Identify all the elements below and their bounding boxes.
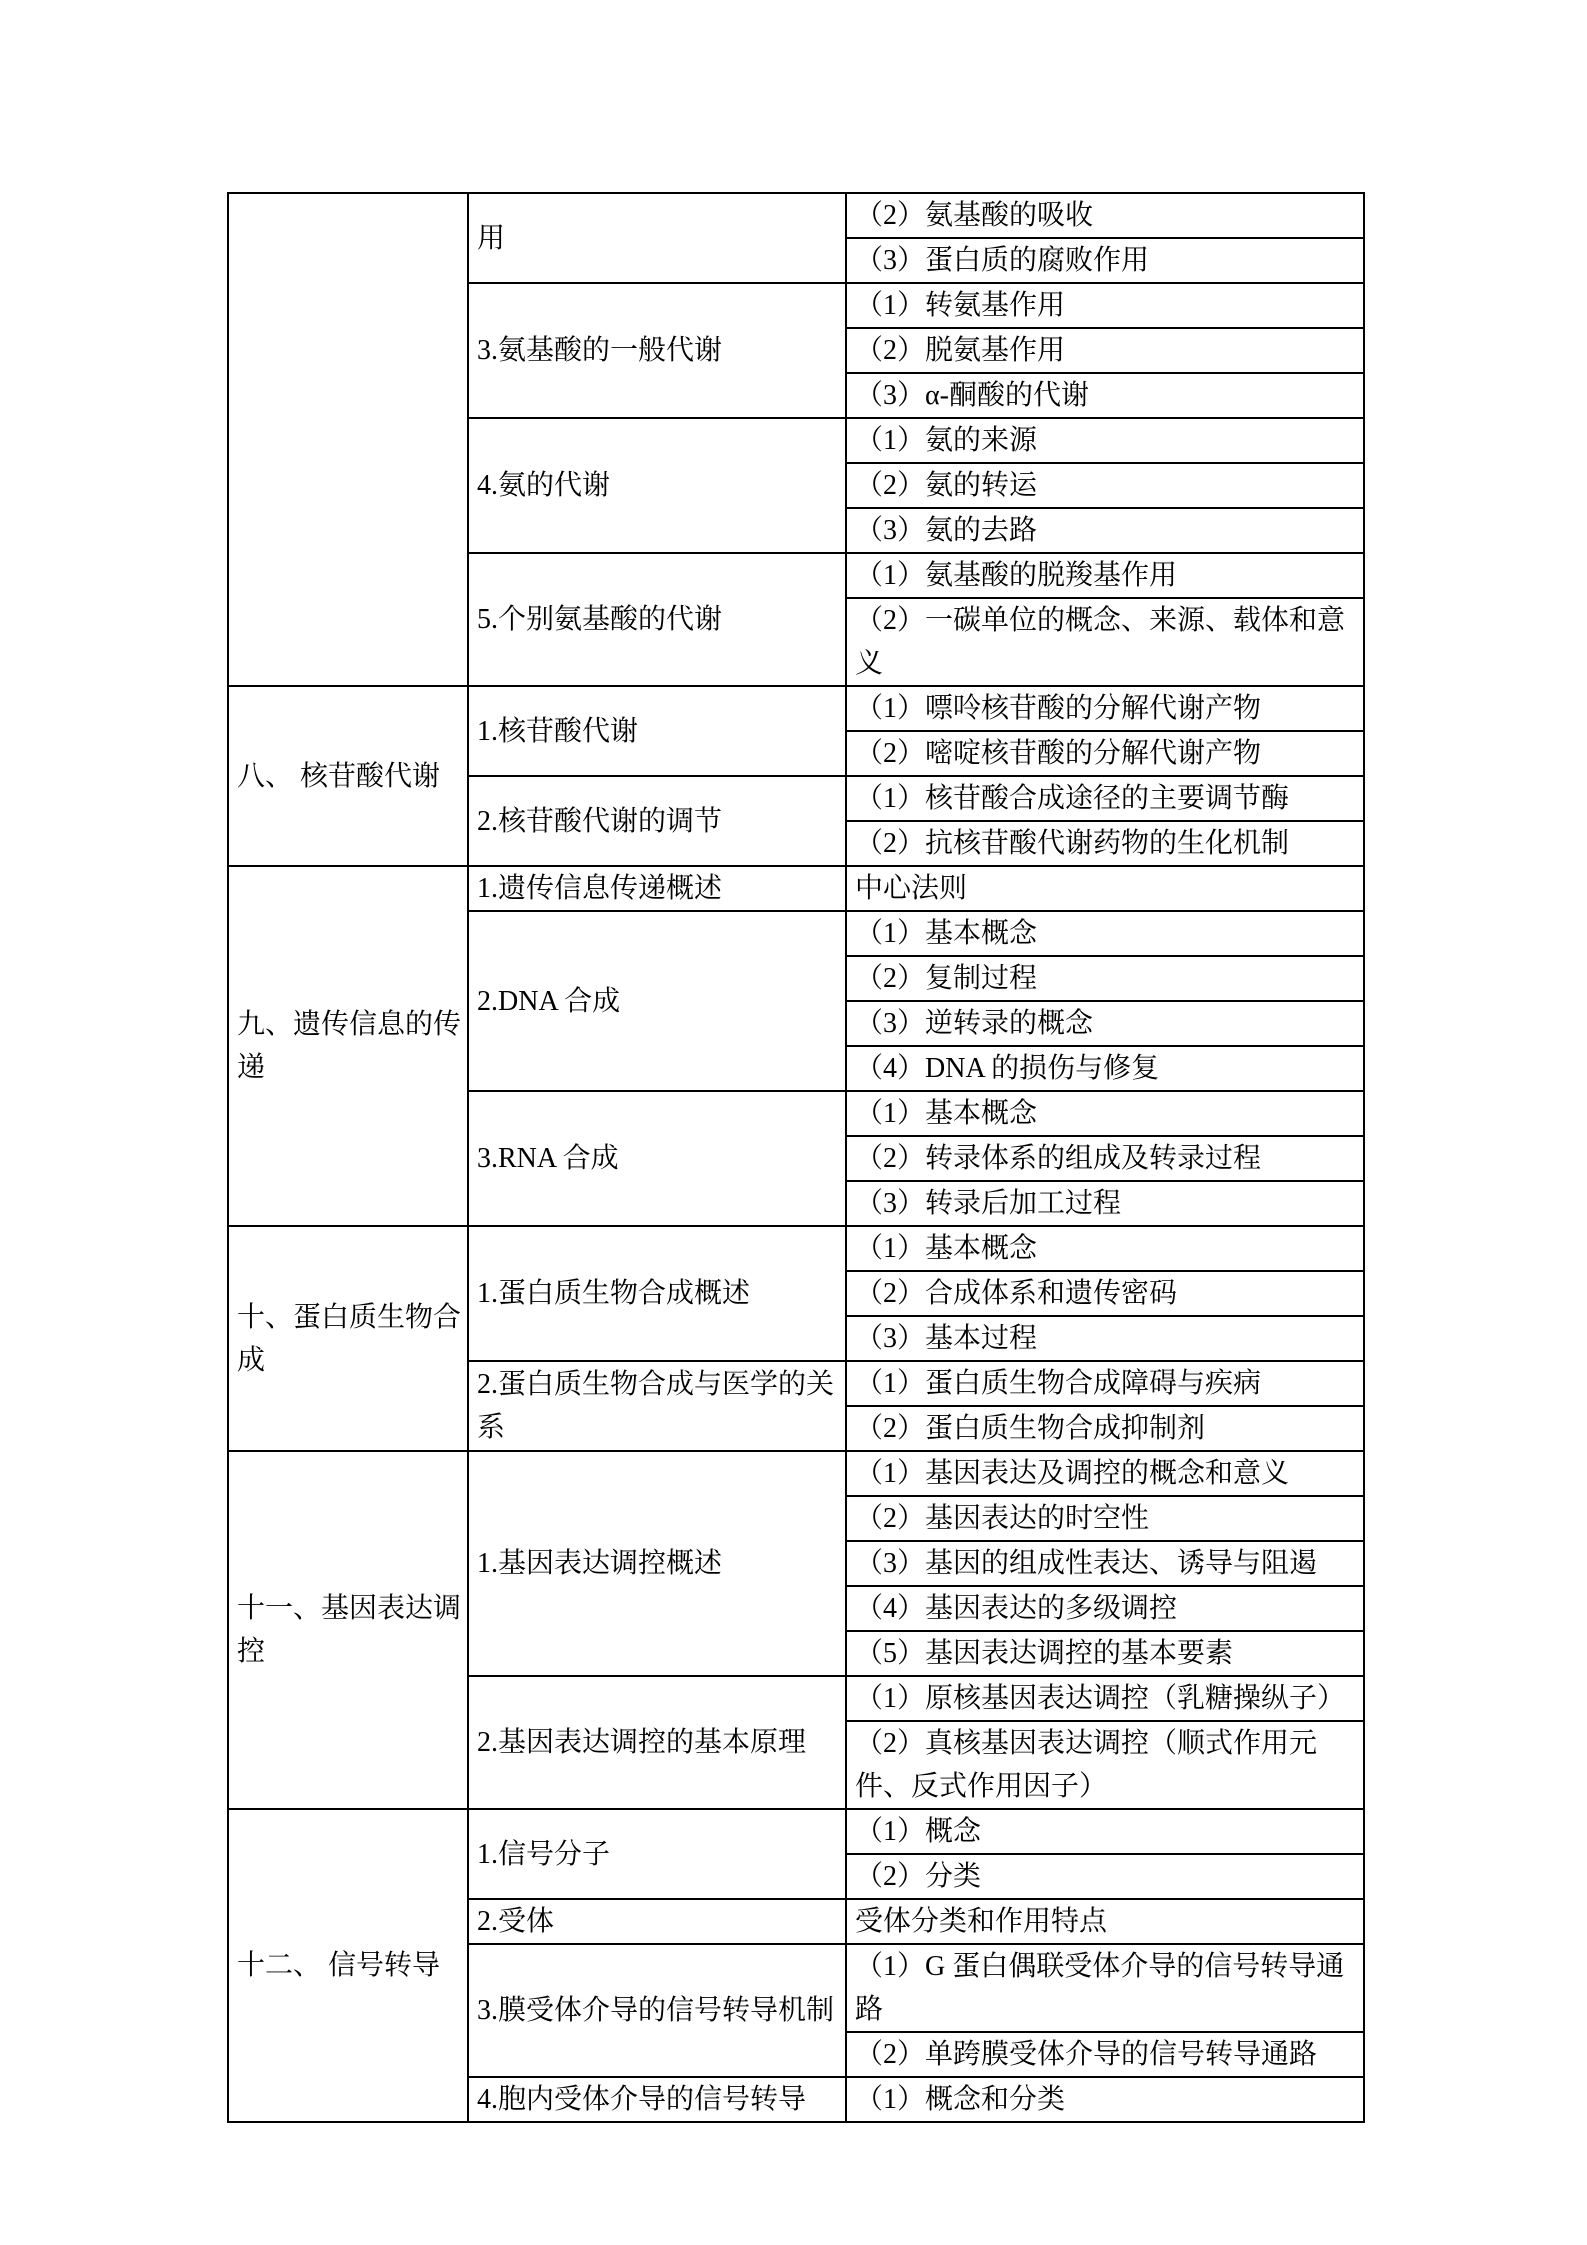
item-cell: （2）抗核苷酸代谢药物的生化机制 — [846, 821, 1364, 866]
section-label-cell: 十二、 信号转导 — [228, 1809, 468, 2122]
subsection-label-cell: 3.氨基酸的一般代谢 — [468, 283, 846, 418]
document-page: 用 （2）氨基酸的吸收 （3）蛋白质的腐败作用 3.氨基酸的一般代谢 （1）转氨… — [0, 0, 1587, 2245]
item-cell: （2）基因表达的时空性 — [846, 1496, 1364, 1541]
item-cell: （3）氨的去路 — [846, 508, 1364, 553]
item-cell: （4）DNA 的损伤与修复 — [846, 1046, 1364, 1091]
subsection-label-cell: 2.蛋白质生物合成与医学的关系 — [468, 1361, 846, 1451]
subsection-label-cell: 4.氨的代谢 — [468, 418, 846, 553]
item-cell: 中心法则 — [846, 866, 1364, 911]
table-row: 九、遗传信息的传递 1.遗传信息传递概述 中心法则 — [228, 866, 1364, 911]
item-cell: （1）氨的来源 — [846, 418, 1364, 463]
item-cell: （1）基本概念 — [846, 1226, 1364, 1271]
syllabus-table: 用 （2）氨基酸的吸收 （3）蛋白质的腐败作用 3.氨基酸的一般代谢 （1）转氨… — [227, 192, 1365, 2123]
item-cell: （3）α-酮酸的代谢 — [846, 373, 1364, 418]
item-cell: （2）真核基因表达调控（顺式作用元件、反式作用因子） — [846, 1721, 1364, 1809]
subsection-label-cell: 2.基因表达调控的基本原理 — [468, 1676, 846, 1809]
item-cell: （1）核苷酸合成途径的主要调节酶 — [846, 776, 1364, 821]
item-cell: （2）脱氨基作用 — [846, 328, 1364, 373]
item-cell: 受体分类和作用特点 — [846, 1899, 1364, 1944]
subsection-label-cell: 2.受体 — [468, 1899, 846, 1944]
item-cell: （2）合成体系和遗传密码 — [846, 1271, 1364, 1316]
item-cell: （1）转氨基作用 — [846, 283, 1364, 328]
item-cell: （1）原核基因表达调控（乳糖操纵子） — [846, 1676, 1364, 1721]
item-cell: （4）基因表达的多级调控 — [846, 1586, 1364, 1631]
section-label-cell: 十一、基因表达调控 — [228, 1451, 468, 1809]
item-cell: （1）氨基酸的脱羧基作用 — [846, 553, 1364, 598]
subsection-label-cell: 3.RNA 合成 — [468, 1091, 846, 1226]
item-cell: （1）基本概念 — [846, 911, 1364, 956]
subsection-label-cell: 1.蛋白质生物合成概述 — [468, 1226, 846, 1361]
item-cell: （1）基本概念 — [846, 1091, 1364, 1136]
section-label-cell: 八、 核苷酸代谢 — [228, 686, 468, 866]
item-cell: （2）氨基酸的吸收 — [846, 193, 1364, 238]
item-cell: （2）分类 — [846, 1854, 1364, 1899]
subsection-label-cell: 3.膜受体介导的信号转导机制 — [468, 1944, 846, 2077]
item-cell: （1）蛋白质生物合成障碍与疾病 — [846, 1361, 1364, 1406]
table-row: 十二、 信号转导 1.信号分子 （1）概念 — [228, 1809, 1364, 1854]
subsection-label-cell: 4.胞内受体介导的信号转导 — [468, 2077, 846, 2122]
item-cell: （3）基本过程 — [846, 1316, 1364, 1361]
subsection-label-cell: 用 — [468, 193, 846, 283]
section-label-cell: 九、遗传信息的传递 — [228, 866, 468, 1226]
item-cell: （1）G 蛋白偶联受体介导的信号转导通路 — [846, 1944, 1364, 2032]
table-row: 十一、基因表达调控 1.基因表达调控概述 （1）基因表达及调控的概念和意义 — [228, 1451, 1364, 1496]
item-cell: （3）基因的组成性表达、诱导与阻遏 — [846, 1541, 1364, 1586]
item-cell: （2）一碳单位的概念、来源、载体和意义 — [846, 598, 1364, 686]
item-cell: （1）概念 — [846, 1809, 1364, 1854]
item-cell: （1）嘌呤核苷酸的分解代谢产物 — [846, 686, 1364, 731]
item-cell: （2）氨的转运 — [846, 463, 1364, 508]
item-cell: （2）蛋白质生物合成抑制剂 — [846, 1406, 1364, 1451]
item-cell: （3）逆转录的概念 — [846, 1001, 1364, 1046]
item-cell: （3）蛋白质的腐败作用 — [846, 238, 1364, 283]
subsection-label-cell: 2.核苷酸代谢的调节 — [468, 776, 846, 866]
table-row: 八、 核苷酸代谢 1.核苷酸代谢 （1）嘌呤核苷酸的分解代谢产物 — [228, 686, 1364, 731]
item-cell: （2）单跨膜受体介导的信号转导通路 — [846, 2032, 1364, 2077]
item-cell: （5）基因表达调控的基本要素 — [846, 1631, 1364, 1676]
subsection-label-cell: 1.遗传信息传递概述 — [468, 866, 846, 911]
subsection-label-cell: 1.核苷酸代谢 — [468, 686, 846, 776]
item-cell: （2）转录体系的组成及转录过程 — [846, 1136, 1364, 1181]
section-label-cell: 十、蛋白质生物合成 — [228, 1226, 468, 1451]
section-label-cell — [228, 193, 468, 686]
table-row: 用 （2）氨基酸的吸收 — [228, 193, 1364, 238]
subsection-label-cell: 1.基因表达调控概述 — [468, 1451, 846, 1676]
subsection-label-cell: 2.DNA 合成 — [468, 911, 846, 1091]
item-cell: （2）复制过程 — [846, 956, 1364, 1001]
item-cell: （1）基因表达及调控的概念和意义 — [846, 1451, 1364, 1496]
item-cell: （2）嘧啶核苷酸的分解代谢产物 — [846, 731, 1364, 776]
item-cell: （3）转录后加工过程 — [846, 1181, 1364, 1226]
table-row: 十、蛋白质生物合成 1.蛋白质生物合成概述 （1）基本概念 — [228, 1226, 1364, 1271]
subsection-label-cell: 1.信号分子 — [468, 1809, 846, 1899]
subsection-label-cell: 5.个别氨基酸的代谢 — [468, 553, 846, 686]
item-cell: （1）概念和分类 — [846, 2077, 1364, 2122]
